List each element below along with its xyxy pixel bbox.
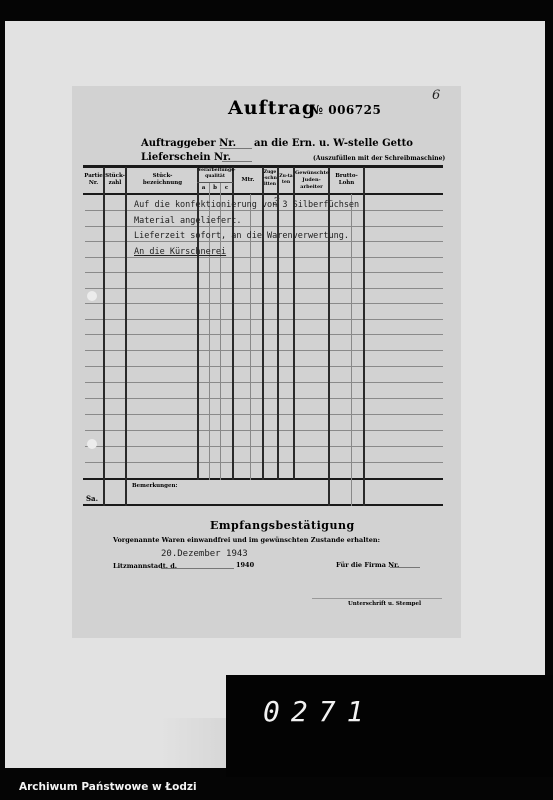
column-divider [209,183,210,480]
column-header-partie: Partie Nr. [84,173,103,187]
column-divider [328,167,330,506]
signature-line [312,598,442,599]
table-row-rule [85,319,443,320]
printed-year: 1940 [236,561,254,569]
table-row-rule [85,430,443,431]
client-number-blank [220,148,252,149]
column-header-mtr: Mtr. [234,177,262,184]
firm-number-blank [390,567,420,568]
table-row-rule [85,398,443,399]
subcolumn-header-c: c [221,185,232,192]
typed-line-material: Material angeliefert. [134,216,241,226]
date-blank [161,568,234,569]
table-row-rule [85,241,443,242]
table-row-rule [85,288,443,289]
order-form-document [72,86,461,638]
punch-hole [87,291,97,301]
table-row-rule [85,414,443,415]
typewriter-note: (Auszufüllen mit der Schreibmaschine) [313,155,445,162]
table-row-rule [85,446,443,447]
column-divider [277,167,279,480]
column-divider [220,183,221,480]
table-row-rule [85,350,443,351]
form-title: Auftrag [228,97,316,119]
table-row-rule [85,462,443,463]
table-row-rule [85,382,443,383]
table-footer-bottom-rule [83,504,443,506]
table-row-rule [85,303,443,304]
column-header-qualitaet: Verarbeitungs-qualität [198,168,232,180]
column-divider [363,167,365,506]
subcolumn-header-b: b [210,185,220,192]
column-divider [125,167,127,506]
table-row-rule [85,226,443,227]
column-header-stueckzahl: Stück-zahl [105,173,125,187]
recipient-label: an die Ern. u. W-stelle Getto [254,138,413,149]
remarks-label: Bemerkungen: [132,483,178,489]
column-divider [262,167,264,480]
table-row-rule [85,272,443,273]
column-divider [103,167,105,506]
typed-line-destination: An die Kürschnerei [134,247,226,257]
column-header-zugeschnitten: Zuge-schnitten [263,170,277,188]
column-header-zutaten: Zu-taten [279,174,293,186]
sum-label: Sa. [86,494,98,503]
column-divider [232,167,234,480]
column-header-lohn: Brutto-Lohn [331,173,362,187]
column-divider [351,194,352,506]
column-divider [197,167,199,480]
order-number: № 006725 [310,103,381,117]
typed-line-description: Auf die konfektionierung von 3 Silberfüc… [134,200,359,210]
archive-watermark: Archiwum Państwowe w Łodzi [19,781,197,793]
page-fold-shadow [160,718,230,768]
handwritten-page-number: 6 [432,88,440,103]
table-row-rule [85,366,443,367]
table-row-rule [85,334,443,335]
column-header-bezeichnung: Stück-bezeichnung [135,173,190,187]
receipt-statement: Vorgenannte Waren einwandfrei und im gew… [113,536,380,544]
column-header-arbeiter: Gewünschte Juden-arbeiter [295,170,328,191]
delivery-note-label: Lieferschein Nr. [141,152,231,163]
table-row-rule [85,257,443,258]
punch-hole [87,439,97,449]
quality-subheader-rule [197,182,233,183]
column-divider [293,167,295,480]
frame-counter: 0271 [263,695,374,728]
receipt-title: Empfangsbestätigung [210,519,355,532]
typed-line-delivery: Lieferzeit sofort, an die Warenverwertun… [134,231,349,241]
signature-label: Unterschrift u. Stempel [348,601,421,607]
table-row-rule [85,210,443,211]
subcolumn-header-a: a [198,185,209,192]
typed-date: 20.Dezember 1943 [161,549,248,559]
delivery-note-blank [222,161,252,162]
